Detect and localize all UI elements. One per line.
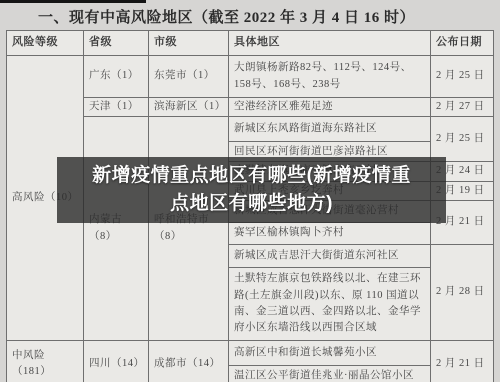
date-cell: 2 月 27 日 bbox=[431, 98, 494, 117]
watermark-caption-overlay: 新增疫情重点地区有哪些(新增疫情重 点地区有哪些地方) bbox=[57, 157, 446, 223]
province-cell: 广东（1） bbox=[84, 56, 149, 98]
area-cell: 高新区中和街道长城馨苑小区 bbox=[229, 340, 431, 365]
date-cell: 2 月 21 日 bbox=[431, 340, 494, 382]
overlay-caption-line2: 点地区有哪些地方) bbox=[57, 190, 446, 218]
risk-level-cell-medium: 中风险（181） bbox=[7, 340, 84, 382]
header-risk-level: 风险等级 bbox=[7, 31, 84, 56]
table-row: 高风险（10） 广东（1） 东莞市（1） 大朗镇杨新路82号、112号、124号… bbox=[7, 56, 494, 98]
table-row: 中风险（181） 四川（14） 成都市（14） 高新区中和街道长城馨苑小区 2 … bbox=[7, 340, 494, 365]
province-cell-sichuan: 四川（14） bbox=[84, 340, 149, 382]
city-cell: 滨海新区（1） bbox=[149, 98, 229, 117]
date-cell: 2 月 28 日 bbox=[431, 244, 494, 340]
header-city: 市级 bbox=[149, 31, 229, 56]
city-cell: 东莞市（1） bbox=[149, 56, 229, 98]
area-cell: 温江区公平街道佳兆业·丽晶公馆小区 bbox=[229, 365, 431, 382]
area-cell: 空港经济区雅苑足迹 bbox=[229, 98, 431, 117]
area-cell: 新城区成吉思汗大街街道东河社区 bbox=[229, 244, 431, 267]
header-date: 公布日期 bbox=[431, 31, 494, 56]
area-cell: 土默特左旗京包铁路线以北、在建三环路(土左旗金川段)以东、原 110 国道以南、… bbox=[229, 267, 431, 340]
date-cell: 2 月 25 日 bbox=[431, 56, 494, 98]
province-cell: 天津（1） bbox=[84, 98, 149, 117]
overlay-caption-line1: 新增疫情重点地区有哪些(新增疫情重 bbox=[57, 162, 446, 190]
area-cell: 赛罕区榆林镇陶卜齐村 bbox=[229, 222, 431, 244]
page-title: 一、现有中高风险地区（截至 2022 年 3 月 4 日 16 时） bbox=[38, 6, 478, 27]
date-cell: 2 月 25 日 bbox=[431, 117, 494, 162]
city-cell-huhehaote: 呼和浩特市（8） bbox=[149, 117, 229, 341]
article-screenshot: 一、现有中高风险地区（截至 2022 年 3 月 4 日 16 时） 风险等级 … bbox=[0, 0, 500, 382]
area-cell: 大朗镇杨新路82号、112号、124号、158号、168号、238号 bbox=[229, 56, 431, 98]
area-cell: 新城区东风路街道海东路社区 bbox=[229, 117, 431, 142]
header-area: 具体地区 bbox=[229, 31, 431, 56]
top-edge-bar bbox=[0, 0, 146, 3]
city-cell-chengdu: 成都市（14） bbox=[149, 340, 229, 382]
province-cell-neimenggu: 内蒙古（8） bbox=[84, 117, 149, 341]
table-header-row: 风险等级 省级 市级 具体地区 公布日期 bbox=[7, 31, 494, 56]
header-province: 省级 bbox=[84, 31, 149, 56]
